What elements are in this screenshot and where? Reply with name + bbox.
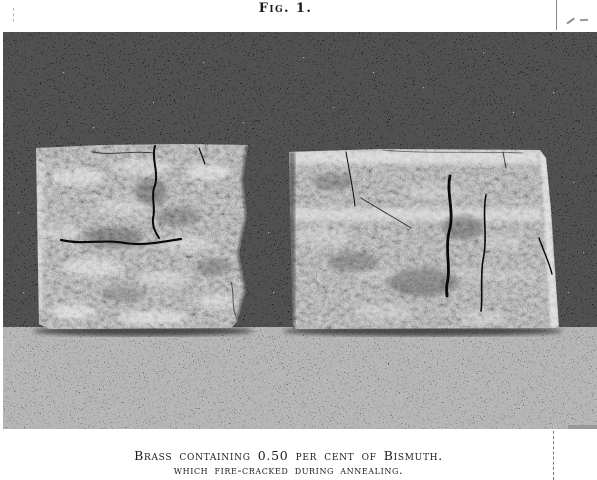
pencil-mark [566,18,574,24]
figure-label: Fig. 1. [0,1,584,16]
plate-edge-smudge [568,425,597,429]
figure-photo [3,32,597,429]
fold-mark-top [556,0,557,30]
fold-mark-bottom [553,431,554,480]
caption-line-1: Brass containing 0.50 per cent of Bismut… [0,448,587,463]
photo-canvas [3,32,597,429]
figure-caption: Brass containing 0.50 per cent of Bismut… [0,448,587,477]
pencil-mark [580,19,588,21]
left-specimen [36,144,249,330]
scanned-paper-page: Fig. 1. [0,0,597,480]
right-specimen [289,149,559,332]
caption-line-2: which fire-cracked during annealing. [0,464,587,477]
